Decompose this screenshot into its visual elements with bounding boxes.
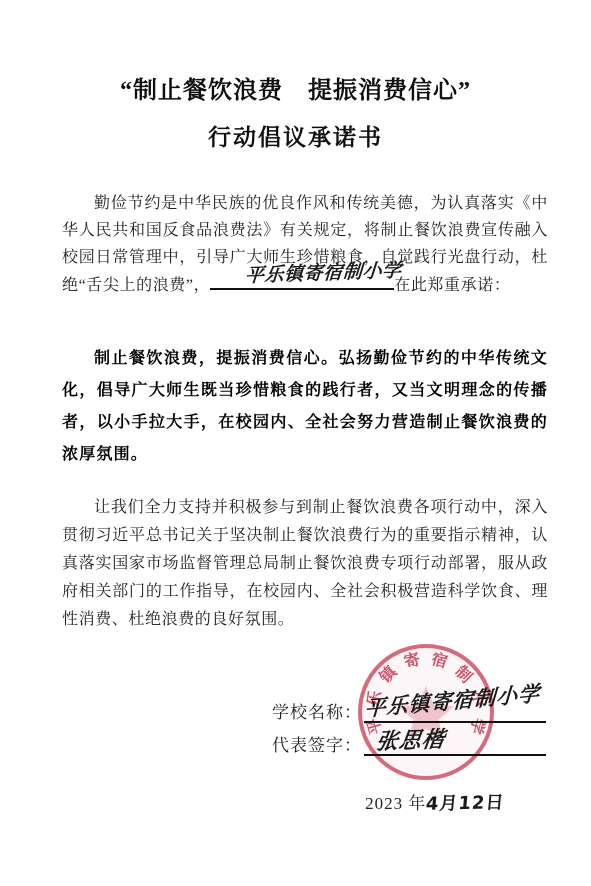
- school-name-label: 学校名称：: [272, 698, 362, 723]
- paragraph-opening-tail: 在此郑重承诺：: [394, 277, 510, 294]
- school-name-row: 学校名称：平乐镇寄宿制小学: [272, 698, 552, 724]
- page-title-line2: 行动倡议承诺书: [0, 119, 591, 152]
- paragraph-commitment: 制止餐饮浪费，提振消费信心。弘扬勤俭节约的中华传统文化，倡导广大师生既当珍惜粮食…: [62, 342, 548, 470]
- pledge-document-page: “制止餐饮浪费 提振消费信心” 行动倡议承诺书 勤俭节约是中华民族的优良作风和传…: [0, 0, 591, 886]
- school-name-handwriting-inline: 平乐镇寄宿制小学: [212, 257, 403, 291]
- representative-label: 代表签字：: [272, 731, 362, 756]
- school-name-underline: 平乐镇寄宿制小学: [364, 701, 546, 723]
- paragraph-action: 让我们全力支持并积极参与到制止餐饮浪费各项行动中，深入贯彻习近平总书记关于坚决制…: [62, 494, 548, 634]
- school-name-blank-inline: 平乐镇寄宿制小学: [210, 271, 394, 290]
- date-line: 2023 年4月12日: [330, 789, 540, 815]
- representative-signature-underline: 张思楷: [364, 734, 546, 756]
- paragraph-opening: 勤俭节约是中华民族的优良作风和传统美德，为认真落实《中华人民共和国反食品浪费法》…: [62, 190, 548, 299]
- representative-signature-handwriting: 张思楷: [374, 722, 447, 756]
- page-title-line1: “制止餐饮浪费 提振消费信心”: [0, 70, 591, 105]
- date-handwritten-part: 4月12日: [425, 788, 506, 815]
- signature-block: 学校名称：平乐镇寄宿制小学 代表签字：张思楷: [272, 698, 552, 764]
- date-printed-part: 2023 年: [365, 794, 426, 813]
- representative-signature-row: 代表签字：张思楷: [272, 731, 552, 757]
